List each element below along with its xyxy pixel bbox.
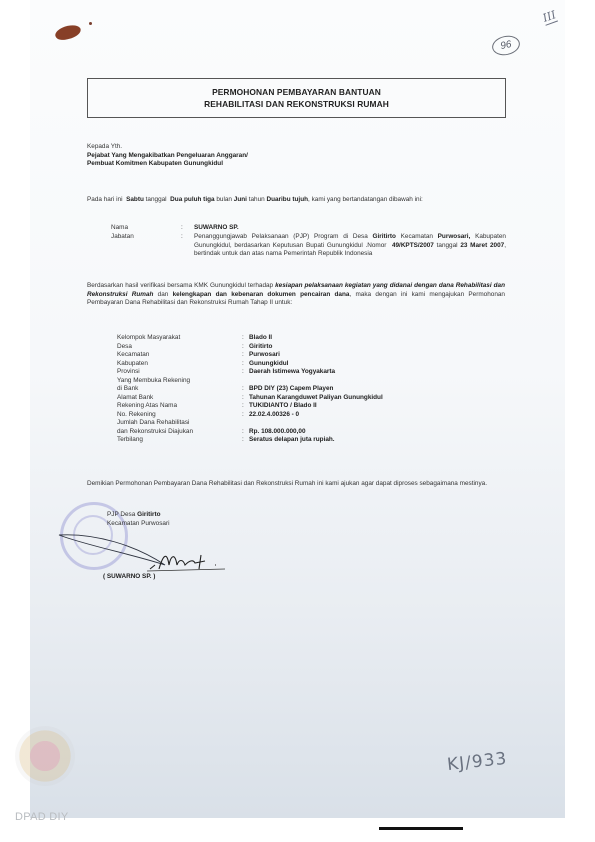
dpad-emblem-icon [15, 726, 75, 786]
bottom-bar [379, 827, 463, 830]
detail-row: Alamat Bank:Tahunan Karangduwet Paliyan … [117, 394, 507, 403]
detail-value: BPD DIY (23) Capem Playen [249, 385, 333, 394]
detail-row: Terbilang:Seratus delapan juta rupiah. [117, 436, 507, 445]
detail-label: Kabupaten [117, 360, 148, 369]
opening-text: tanggal [146, 196, 167, 203]
detail-label: Jumlah Dana Rehabilitasi [117, 419, 189, 428]
watermark-label: DPAD DIY [15, 811, 69, 823]
detail-value: Gunungkidul [249, 360, 288, 369]
detail-value: TUKIDIANTO / Blado II [249, 402, 317, 411]
detail-label: Provinsi [117, 368, 140, 377]
detail-value: 22.02.4.00326 - 0 [249, 411, 299, 420]
signer-name-label: Nama [111, 224, 128, 233]
detail-value: Daerah Istimewa Yogyakarta [249, 368, 335, 377]
detail-row: Provinsi:Daerah Istimewa Yogyakarta [117, 368, 507, 377]
detail-value: Blado II [249, 334, 272, 343]
addressee-line-1: Pejabat Yang Mengakibatkan Pengeluaran A… [87, 152, 507, 161]
detail-label-continued: dan Rekonstruksi Diajukan [117, 428, 193, 437]
signer-printed-name: ( SUWARNO SP. ) [103, 573, 155, 582]
signer-position-label: Jabatan [111, 233, 134, 242]
detail-row: Jumlah Dana Rehabilitasidan Rekonstruksi… [117, 419, 507, 436]
body-text: dan [158, 291, 169, 298]
body-emphasis: kelengkapan dan kebenaran dokumen pencai… [173, 291, 350, 298]
detail-label: Kecamatan [117, 351, 149, 360]
body-text: Berdasarkan hasil verifikasi bersama KMK… [87, 282, 273, 289]
signer-position-value: Penanggungjawab Pelaksanaan (PJP) Progra… [194, 233, 506, 259]
opening-text: , kami yang bertandatangan dibawah ini: [308, 196, 423, 203]
position-decree-number: 49/KPTS/2007 [392, 242, 434, 249]
title-line-1: PERMOHONAN PEMBAYARAN BANTUAN [212, 86, 381, 98]
opening-year: Duaribu tujuh [266, 196, 308, 203]
opening-paragraph: Pada hari ini Sabtu tanggal Dua puluh ti… [87, 196, 507, 205]
addressee-block: Kepada Yth. Pejabat Yang Mengakibatkan P… [87, 143, 507, 169]
detail-label-continued: di Bank [117, 385, 138, 394]
detail-row: Rekening Atas Nama:TUKIDIANTO / Blado II [117, 402, 507, 411]
detail-row: No. Rekening:22.02.4.00326 - 0 [117, 411, 507, 420]
addressee-line-2: Pembuat Komitmen Kabupaten Gunungkidul [87, 160, 507, 169]
detail-label: Yang Membuka Rekening [117, 377, 190, 386]
position-decree-date: 23 Maret 2007 [460, 242, 504, 249]
title-line-2: REHABILITASI DAN REKONSTRUKSI RUMAH [204, 98, 389, 110]
detail-label: Terbilang [117, 436, 143, 445]
detail-label: No. Rekening [117, 411, 156, 420]
detail-label: Desa [117, 343, 132, 352]
opening-month: Juni [234, 196, 247, 203]
position-text: Kecamatan [401, 233, 433, 240]
detail-value: Seratus delapan juta rupiah. [249, 436, 335, 445]
detail-label: Rekening Atas Nama [117, 402, 177, 411]
opening-text: Pada hari ini [87, 196, 123, 203]
position-text: Penanggungjawab Pelaksanaan (PJP) Progra… [194, 233, 368, 240]
stain-dot [89, 22, 92, 25]
document-title-box: PERMOHONAN PEMBAYARAN BANTUAN REHABILITA… [87, 78, 506, 118]
opening-day: Sabtu [126, 196, 144, 203]
position-text: tanggal [437, 242, 458, 249]
position-desa: Giritirto [373, 233, 396, 240]
detail-row: Kabupaten:Gunungkidul [117, 360, 507, 369]
signer-name-value: SUWARNO SP. [194, 224, 239, 233]
detail-label: Kelompok Masyarakat [117, 334, 180, 343]
body-paragraph: Berdasarkan hasil verifikasi bersama KMK… [87, 282, 505, 308]
signature-role: PJP Desa [107, 511, 135, 518]
opening-text: bulan [216, 196, 232, 203]
detail-row: Desa:Giritirto [117, 343, 507, 352]
detail-value: Giritirto [249, 343, 272, 352]
opening-text: tahun [249, 196, 265, 203]
detail-value: Purwosari [249, 351, 280, 360]
detail-row: Kelompok Masyarakat:Blado II [117, 334, 507, 343]
detail-row: Kecamatan:Purwosari [117, 351, 507, 360]
position-kecamatan: Purwosari, [438, 233, 471, 240]
opening-date: Dua puluh tiga [170, 196, 214, 203]
closing-paragraph: Demikian Permohonan Pembayaran Dana Reha… [87, 480, 507, 489]
detail-row: Yang Membuka Rekeningdi Bank:BPD DIY (23… [117, 377, 507, 394]
signature-scribble [55, 525, 235, 575]
detail-value: Rp. 108.000.000,00 [249, 428, 306, 437]
greeting: Kepada Yth. [87, 143, 507, 152]
detail-label: Alamat Bank [117, 394, 153, 403]
signature-desa: Giritirto [137, 511, 160, 518]
detail-value: Tahunan Karangduwet Paliyan Gunungkidul [249, 394, 383, 403]
